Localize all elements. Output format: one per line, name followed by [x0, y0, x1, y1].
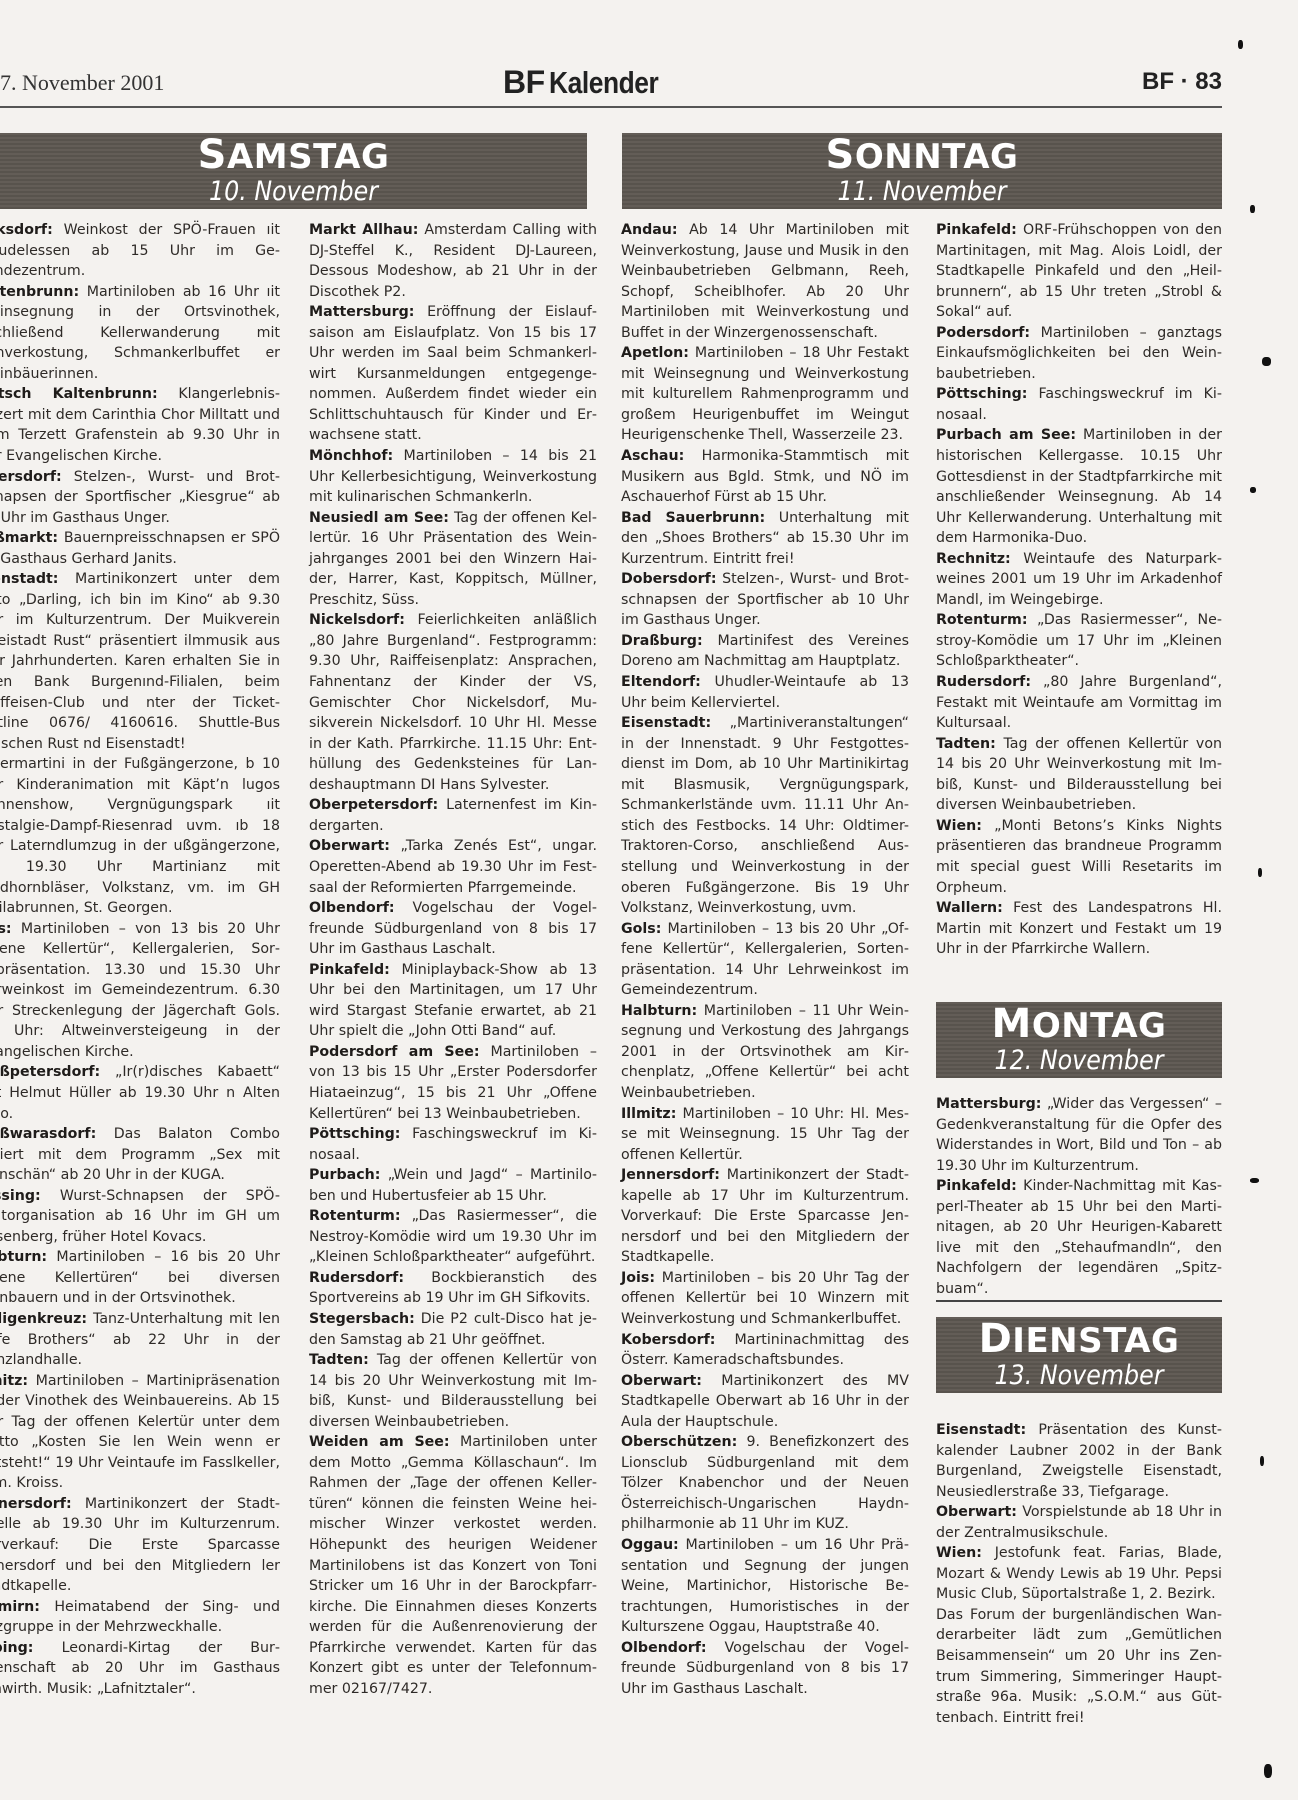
event-listing: lalbturn: Martiniloben – 16 bis 20 Uhr O…: [0, 1247, 280, 1309]
event-location: ukmirn:: [0, 1599, 40, 1615]
event-location: Draßburg:: [621, 633, 703, 649]
event-listing: Oberwart: „Tarka Zenés Est“, ungar. Oper…: [309, 836, 597, 898]
event-location: Olbendorf:: [309, 900, 395, 916]
sonntag-column-2: Pinkafeld: ORF-Frühschoppen von den Mart…: [936, 220, 1222, 960]
event-description: Wurst-Schnapsen der SPÖ-tadtorganisation…: [0, 1188, 280, 1245]
event-listing: Rechnitz: Weintaufe des Naturpark­weines…: [936, 549, 1222, 611]
event-listing: Rudersdorf: Bockbieranstich des Sportver…: [309, 1268, 597, 1309]
event-listing: iroßpetersdorf: „Ir(r)disches Kaba­ett“ …: [0, 1062, 280, 1124]
event-location: Apetlon:: [621, 345, 689, 361]
event-location: Dobersdorf:: [621, 571, 717, 587]
event-listing: Eisenstadt: Präsentation des Kunst­kalen…: [936, 1420, 1222, 1502]
event-location: Mönchhof:: [309, 448, 393, 464]
event-location: iroßpetersdorf:: [0, 1064, 100, 1080]
event-location: Podersdorf:: [936, 325, 1030, 341]
montag-column: Mattersburg: „Wider das Vergessen“ – Ged…: [936, 1094, 1222, 1299]
event-listing: Purbach: „Wein und Jagd“ – Martinilo­ben…: [309, 1165, 597, 1206]
event-location: Oberpetersdorf:: [309, 797, 438, 813]
event-listing: Pöttsching: Faschingsweckruf im Ki­nosaa…: [936, 384, 1222, 425]
event-location: reitenbrunn:: [0, 284, 79, 300]
event-listing: Draßburg: Martinifest des Vereines Doren…: [621, 631, 909, 672]
event-location: Rudersdorf:: [309, 1270, 404, 1286]
event-listing: Wien: „Monti Betons’s Kinks Nights präse…: [936, 816, 1222, 898]
event-location: Illmitz:: [621, 1106, 676, 1122]
event-listing: Eisenstadt: „Martiniveranstaltungen“ in …: [621, 713, 909, 918]
event-listing: Pinkafeld: Kinder-Nachmittag mit Kas­per…: [936, 1176, 1222, 1299]
event-description: Das Forum der burgenländischen Wan­derar…: [936, 1607, 1222, 1726]
event-location: Pöttsching:: [309, 1126, 400, 1142]
event-location: Nickelsdorf:: [309, 612, 405, 628]
scan-speck: [1250, 205, 1255, 213]
section-title-prefix: BF: [503, 64, 545, 100]
event-listing: Oberschützen: 9. Benefizkonzert des Lion…: [621, 1432, 909, 1535]
scan-speck: [1262, 357, 1271, 366]
event-description: Martiniloben in der historischen Kellerg…: [936, 427, 1222, 546]
event-location: Tadten:: [936, 736, 996, 752]
event-description: „Martiniveranstaltungen“ in der Innensta…: [621, 715, 909, 916]
event-location: Jois:: [621, 1270, 655, 1286]
dienstag-column: Eisenstadt: Präsentation des Kunst­kalen…: [936, 1420, 1222, 1728]
event-listing: Nickelsdorf: Feierlichkeiten anläßlich „…: [309, 610, 597, 795]
page-header: 7. November 2001 BFKalender BF · 83: [0, 64, 1222, 108]
event-location: Rotenturm:: [936, 612, 1028, 628]
scan-speck: [1264, 1764, 1272, 1778]
event-listing: Oggau: Martiniloben – um 16 Uhr Prä­sent…: [621, 1535, 909, 1638]
event-location: Aschau:: [621, 448, 684, 464]
sonntag-column-1: Andau: Ab 14 Uhr Martiniloben mit Weinve…: [621, 220, 909, 1699]
event-location: Podersdorf am See:: [309, 1044, 480, 1060]
event-description: Martiniloben – von 13 bis 20 Uhr Offene …: [0, 921, 280, 1060]
event-location: Stegersbach:: [309, 1311, 415, 1327]
event-location: Rechnitz:: [936, 551, 1011, 567]
event-listing: Jois: Martiniloben – bis 20 Uhr Tag der …: [621, 1268, 909, 1330]
event-location: Tadten:: [309, 1352, 369, 1368]
event-description: Martiniloben – bis 20 Uhr Tag der offene…: [621, 1270, 909, 1327]
day-name: SAMSTAG: [0, 133, 587, 177]
section-divider: [936, 1300, 1222, 1302]
scan-speck: [1250, 487, 1256, 493]
issue-date: 7. November 2001: [0, 70, 164, 96]
day-banner-dienstag: DIENSTAG 13. November: [936, 1317, 1222, 1393]
event-location: Rudersdorf:: [936, 674, 1031, 690]
event-location: Pinkafeld:: [936, 1178, 1017, 1194]
event-listing: Pinkafeld: Miniplayback-Show ab 13 Uhr b…: [309, 960, 597, 1042]
event-listing: Aschau: Harmonika-Stammtisch mit Musiker…: [621, 446, 909, 508]
event-location: Weiden am See:: [309, 1434, 450, 1450]
scan-speck: [1250, 1178, 1259, 1183]
event-listing: Halbturn: Martiniloben – 11 Uhr Wein­seg…: [621, 1001, 909, 1104]
event-description: Ab 14 Uhr Martiniloben mit Weinverkostun…: [621, 222, 909, 341]
event-listing: iebing: Leonardi-Kirtag der Bur­chenscha…: [0, 1638, 280, 1700]
event-listing: Rotenturm: „Das Rasiermesser“, Ne­stroy-…: [936, 610, 1222, 672]
event-listing: Oberwart: Martinikonzert des MV Stadtkap…: [621, 1371, 909, 1433]
event-listing: Purbach am See: Martiniloben in der hist…: [936, 425, 1222, 548]
event-location: eutsch Kaltenbrunn:: [0, 386, 158, 402]
event-listing: Illmitz: Martiniloben – 10 Uhr: Hl. Mes­…: [621, 1104, 909, 1166]
event-location: Pinkafeld:: [309, 962, 390, 978]
event-location: Eisenstadt:: [936, 1422, 1026, 1438]
page-number: BF · 83: [1142, 68, 1222, 96]
event-listing: iroßwarasdorf: Das Balaton Combo astiert…: [0, 1124, 280, 1186]
section-title: BFKalender: [503, 64, 677, 101]
day-name: DIENSTAG: [936, 1317, 1222, 1361]
event-listing: indermartini in der Fußgängerzone, b 10 …: [0, 754, 280, 918]
event-location: Pöttsching:: [936, 386, 1027, 402]
event-listing: iols: Martiniloben – von 13 bis 20 Uhr O…: [0, 919, 280, 1063]
event-listing: llmitz: Martiniloben – Martinipräsen­ati…: [0, 1371, 280, 1494]
event-listing: Tadten: Tag der offenen Kellertür von 14…: [309, 1350, 597, 1432]
day-date: 12. November: [953, 1046, 1205, 1076]
samstag-column-2: Markt Allhau: Amsterdam Calling with DJ-…: [309, 220, 597, 1699]
scan-speck: [1238, 40, 1243, 49]
event-listing: Eltendorf: Uhudler-Weintaufe ab 13 Uhr b…: [621, 672, 909, 713]
event-location: Rotenturm:: [309, 1208, 401, 1224]
event-listing: Oberpetersdorf: Laternenfest im Kin­derg…: [309, 795, 597, 836]
event-listing: Olbendorf: Vogelschau der Vogel­freunde …: [621, 1638, 909, 1700]
day-name: SONNTAG: [622, 133, 1222, 177]
event-listing: Dobersdorf: Stelzen-, Wurst- und Brot­sc…: [621, 569, 909, 631]
event-listing: Wallern: Fest des Landespatrons Hl. Mart…: [936, 898, 1222, 960]
event-listing: Rotenturm: „Das Rasiermesser“, die Nestr…: [309, 1206, 597, 1268]
event-listing: Wien: Jestofunk feat. Farias, Blade, Moz…: [936, 1543, 1222, 1605]
event-location: iols:: [0, 921, 12, 937]
event-listing: Rudersdorf: „80 Jahre Burgenland“, Festa…: [936, 672, 1222, 734]
event-location: Oggau:: [621, 1537, 679, 1553]
event-listing: ennersdorf: Martinikonzert der Stadt­ape…: [0, 1494, 280, 1597]
event-listing: Podersdorf: Martiniloben – ganztags Eink…: [936, 323, 1222, 385]
event-location: Kobersdorf:: [621, 1332, 715, 1348]
event-description: Martiniloben – Martinipräsen­ation in de…: [0, 1373, 280, 1492]
event-listing: eutsch Kaltenbrunn: Klangerlebnis­onzert…: [0, 384, 280, 466]
event-location: Wien:: [936, 818, 982, 834]
event-listing: Markt Allhau: Amsterdam Calling with DJ-…: [309, 220, 597, 302]
event-location: Eisenstadt:: [621, 715, 711, 731]
event-listing: ocksdorf: Weinkost der SPÖ-Frauen ıit St…: [0, 220, 280, 282]
event-listing: Das Forum der burgenländischen Wan­derar…: [936, 1605, 1222, 1728]
day-banner-samstag: SAMSTAG 10. November: [0, 133, 587, 209]
samstag-column-1: ocksdorf: Weinkost der SPÖ-Frauen ıit St…: [0, 220, 280, 1699]
event-listing: leiligenkreuz: Tanz-Unterhaltung mit len…: [0, 1309, 280, 1371]
day-banner-montag: MONTAG 12. November: [936, 1002, 1222, 1078]
event-listing: Neusiedl am See: Tag der offenen Kel­ler…: [309, 508, 597, 611]
event-location: leiligenkreuz:: [0, 1311, 87, 1327]
event-location: Andau:: [621, 222, 678, 238]
event-location: Wallern:: [936, 900, 1003, 916]
day-date: 11. November: [658, 177, 1186, 207]
event-description: Kinder-Nachmittag mit Kas­perl-Theater a…: [936, 1178, 1222, 1297]
event-listing: Mönchhof: Martiniloben – 14 bis 21 Uhr K…: [309, 446, 597, 508]
event-location: Oberwart:: [936, 1504, 1017, 1520]
event-location: Oberschützen:: [621, 1434, 737, 1450]
event-location: iüssing:: [0, 1188, 41, 1204]
event-location: obersdorf:: [0, 469, 62, 485]
event-location: Bad Sauerbrunn:: [621, 510, 765, 526]
event-listing: Apetlon: Martiniloben – 18 Uhr Festakt m…: [621, 343, 909, 446]
event-location: Wien:: [936, 1545, 982, 1561]
event-location: lalbturn:: [0, 1249, 47, 1265]
event-location: Purbach am See:: [936, 427, 1076, 443]
event-listing: Tadten: Tag der offenen Kellertür von 14…: [936, 734, 1222, 816]
event-listing: Stegersbach: Die P2 cult-Disco hat je­de…: [309, 1309, 597, 1350]
day-date: 10. November: [35, 177, 552, 207]
event-listing: Mattersburg: „Wider das Vergessen“ – Ged…: [936, 1094, 1222, 1176]
event-location: Jennersdorf:: [621, 1167, 720, 1183]
event-description: Heimatabend der Sing- und anzgruppe in d…: [0, 1599, 280, 1636]
event-listing: Oberwart: Vorspielstunde ab 18 Uhr in de…: [936, 1502, 1222, 1543]
section-title-text: Kalender: [549, 65, 658, 101]
event-description: Feierlichkeiten anläßlich „80 Jahre Burg…: [309, 612, 597, 792]
event-description: Eröffnung der Eislauf­saison am Eislaufp…: [309, 304, 597, 443]
event-listing: isenstadt: Martinikonzert unter dem lott…: [0, 569, 280, 754]
event-location: llmitz:: [0, 1373, 28, 1389]
event-location: Mattersburg:: [309, 304, 414, 320]
event-listing: reitenbrunn: Martiniloben ab 16 Uhr ıit …: [0, 282, 280, 385]
event-description: Leonardi-Kirtag der Bur­chenschaft ab 20…: [0, 1640, 280, 1697]
event-location: raßmarkt:: [0, 530, 58, 546]
event-listing: ukmirn: Heimatabend der Sing- und anzgru…: [0, 1597, 280, 1638]
newspaper-page: 7. November 2001 BFKalender BF · 83 SAMS…: [0, 0, 1298, 1800]
event-listing: Jennersdorf: Martinikonzert der Stadt­ka…: [621, 1165, 909, 1268]
event-listing: Podersdorf am See: Martiniloben – von 13…: [309, 1042, 597, 1124]
day-date: 13. November: [953, 1361, 1205, 1391]
event-listing: Gols: Martiniloben – 13 bis 20 Uhr „Of­f…: [621, 919, 909, 1001]
event-location: ocksdorf:: [0, 222, 53, 238]
event-listing: Weiden am See: Martiniloben unter dem Mo…: [309, 1432, 597, 1699]
header-rule: [0, 106, 1222, 108]
event-location: Neusiedl am See:: [309, 510, 449, 526]
event-description: Martiniloben – 13 bis 20 Uhr „Of­fene Ke…: [621, 921, 909, 999]
event-location: iebing:: [0, 1640, 33, 1656]
event-listing: Bad Sauerbrunn: Unterhaltung mit den „Sh…: [621, 508, 909, 570]
event-location: Eltendorf:: [621, 674, 701, 690]
event-location: Purbach:: [309, 1167, 380, 1183]
event-location: Gols:: [621, 921, 661, 937]
event-location: ennersdorf:: [0, 1496, 72, 1512]
event-location: Mattersburg:: [936, 1096, 1041, 1112]
event-location: isenstadt:: [0, 571, 58, 587]
event-listing: obersdorf: Stelzen-, Wurst- und Brot­chn…: [0, 467, 280, 529]
event-listing: Kobersdorf: Martininachmittag des Österr…: [621, 1330, 909, 1371]
event-location: Oberwart:: [621, 1373, 702, 1389]
event-location: Oberwart:: [309, 838, 390, 854]
event-listing: Pinkafeld: ORF-Frühschoppen von den Mart…: [936, 220, 1222, 323]
scan-speck: [1260, 1456, 1264, 1466]
event-location: Halbturn:: [621, 1003, 697, 1019]
event-listing: Mattersburg: Eröffnung der Eislauf­saiso…: [309, 302, 597, 446]
event-location: iroßwarasdorf:: [0, 1126, 96, 1142]
day-name: MONTAG: [936, 1002, 1222, 1046]
event-location: Pinkafeld:: [936, 222, 1017, 238]
event-description: indermartini in der Fußgängerzone, b 10 …: [0, 756, 280, 916]
event-description: Martinikonzert unter dem lotto „Darling,…: [0, 571, 280, 751]
event-listing: iüssing: Wurst-Schnapsen der SPÖ-tadtorg…: [0, 1186, 280, 1248]
event-listing: raßmarkt: Bauernpreisschnapsen er SPÖ im…: [0, 528, 280, 569]
event-listing: Olbendorf: Vogelschau der Vogel­freunde …: [309, 898, 597, 960]
event-listing: Andau: Ab 14 Uhr Martiniloben mit Weinve…: [621, 220, 909, 343]
day-banner-sonntag: SONNTAG 11. November: [622, 133, 1222, 209]
event-location: Markt Allhau:: [309, 222, 418, 238]
event-listing: Pöttsching: Faschingsweckruf im Ki­nosaa…: [309, 1124, 597, 1165]
event-location: Olbendorf:: [621, 1640, 707, 1656]
scan-speck: [1258, 868, 1262, 877]
event-description: Martiniloben unter dem Motto „Gemma Köll…: [309, 1434, 597, 1697]
